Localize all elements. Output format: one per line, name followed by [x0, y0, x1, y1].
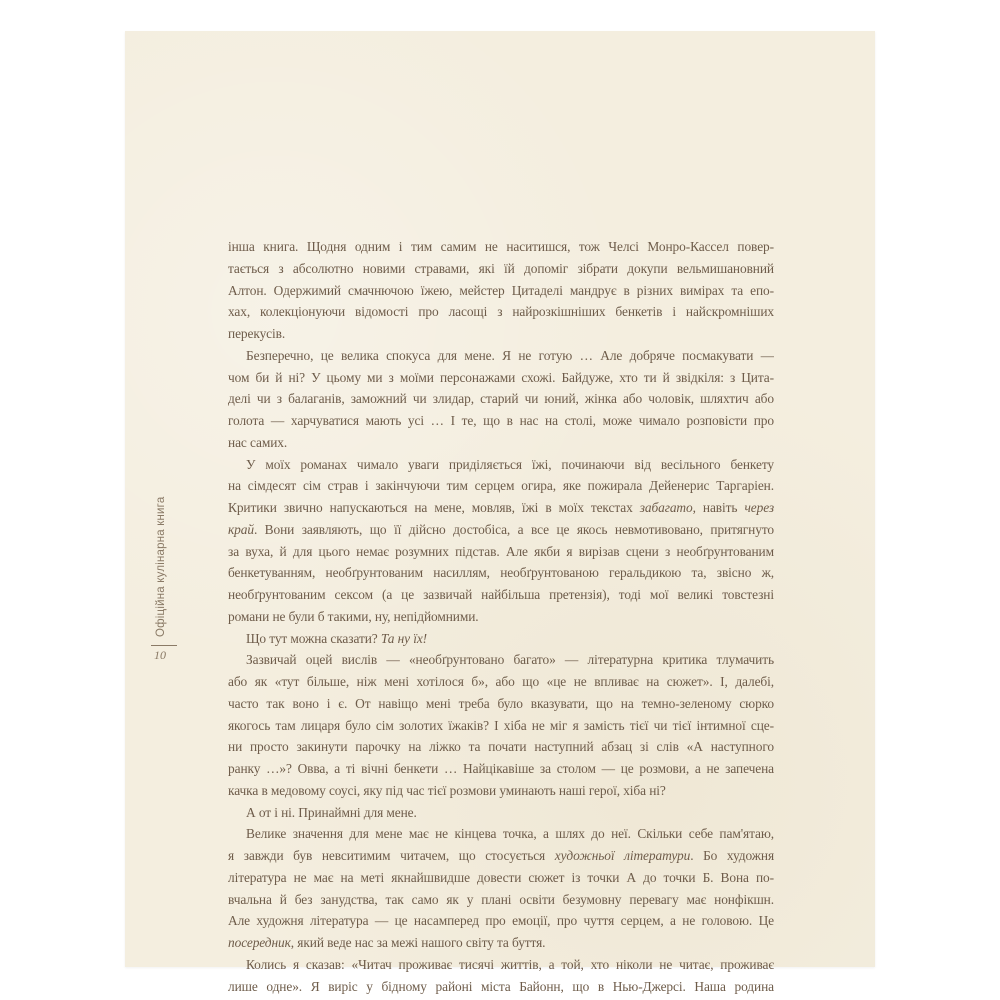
text-run: тається з абсолютно новими стравами, які… — [228, 261, 774, 276]
text-line: за вуха, й для цього немає розумних підс… — [228, 541, 774, 563]
text-run: інша книга. Щодня одним і тим самим не н… — [228, 239, 774, 254]
text-run: Але художня література — це насамперед п… — [228, 913, 774, 928]
body-text: інша книга. Щодня одним і тим самим не н… — [228, 236, 774, 997]
text-line: хах, колекціонуючи відомості про ласощі … — [228, 301, 774, 323]
text-run: вчальна й без занудства, так само як у п… — [228, 892, 774, 907]
text-run: бенкетуванням, необґрунтованим насиллям,… — [228, 565, 774, 580]
text-line: якогось там лицаря було сім золотих їжак… — [228, 715, 774, 737]
text-line: лише одне». Я виріс у бідному районі міс… — [228, 976, 774, 998]
text-line: У моїх романах чимало уваги приділяється… — [228, 454, 774, 476]
text-run: Велике значення для мене має не кінцева … — [246, 826, 774, 841]
text-line: ранку …»? Овва, а ті вічні бенкети … Най… — [228, 758, 774, 780]
text-line: необґрунтованим сексом (а це зазвичай на… — [228, 584, 774, 606]
text-line: тається з абсолютно новими стравами, які… — [228, 258, 774, 280]
text-line: бенкетуванням, необґрунтованим насиллям,… — [228, 562, 774, 584]
text-run: за вуха, й для цього немає розумних підс… — [228, 544, 774, 559]
text-run: ранку …»? Овва, а ті вічні бенкети … Най… — [228, 761, 774, 776]
text-run: Безперечно, це велика спокуса для мене. … — [246, 348, 774, 363]
text-run: Колись я сказав: «Читач проживає тисячі … — [246, 957, 774, 972]
italic-text: край — [228, 522, 254, 537]
paragraph: Колись я сказав: «Читач проживає тисячі … — [228, 954, 774, 998]
text-line: романи не були б такими, ну, непідйомним… — [228, 606, 774, 628]
text-run: делі чи з балаганів, заможний чи злидар,… — [228, 391, 774, 406]
text-run: на сімдесят сім страв і закінчуючи тим с… — [228, 478, 774, 493]
page-number: 10 — [154, 648, 166, 663]
text-run: хах, колекціонуючи відомості про ласощі … — [228, 304, 774, 319]
text-line: Алтон. Одержимий смачнючою їжею, мейстер… — [228, 280, 774, 302]
paragraph: Зазвичай оцей вислів — «необґрунтовано б… — [228, 649, 774, 801]
italic-text: забагато — [640, 500, 693, 515]
text-run: . Вони заявляють, що її дійсно достобіса… — [254, 522, 774, 537]
text-line: Безперечно, це велика спокуса для мене. … — [228, 345, 774, 367]
text-line: або як «тут більше, ніж мені хотілося б»… — [228, 671, 774, 693]
text-run: Критики звично напускаються на мене, мов… — [228, 500, 640, 515]
text-run: А от і ні. Принаймні для мене. — [246, 805, 417, 820]
text-run: література не має на меті якнайшвидше до… — [228, 870, 774, 885]
text-run: Зазвичай оцей вислів — «необґрунтовано б… — [246, 652, 774, 667]
text-run: голота — харчуватися мають усі … І те, щ… — [228, 413, 774, 428]
book-page: Офіційна кулінарна книга 10 інша книга. … — [125, 31, 875, 967]
text-run: чом би й ні? У цьому ми з моїми персонаж… — [228, 370, 774, 385]
text-line: Але художня література — це насамперед п… — [228, 910, 774, 932]
paragraph: Безперечно, це велика спокуса для мене. … — [228, 345, 774, 454]
text-line: А от і ні. Принаймні для мене. — [228, 802, 774, 824]
text-line: голота — харчуватися мають усі … І те, щ… — [228, 410, 774, 432]
text-line: делі чи з балаганів, заможний чи злидар,… — [228, 388, 774, 410]
text-run: перекусів. — [228, 326, 285, 341]
text-run: . Бо художня — [690, 848, 774, 863]
text-line: Велике значення для мене має не кінцева … — [228, 823, 774, 845]
text-run: або як «тут більше, ніж мені хотілося б»… — [228, 674, 774, 689]
page-margin-header: Офіційна кулінарна книга 10 — [143, 477, 183, 677]
text-line: качка в медовому соусі, яку під час тієї… — [228, 780, 774, 802]
divider — [151, 645, 177, 646]
running-title: Офіційна кулінарна книга — [155, 497, 167, 637]
text-run: я завжди був невситимим читачем, що стос… — [228, 848, 555, 863]
paragraph: Що тут можна сказати? Та ну їх! — [228, 628, 774, 650]
text-run: романи не були б такими, ну, непідйомним… — [228, 609, 479, 624]
text-run: лише одне». Я виріс у бідному районі міс… — [228, 979, 774, 994]
text-line: Що тут можна сказати? Та ну їх! — [228, 628, 774, 650]
paragraph: інша книга. Щодня одним і тим самим не н… — [228, 236, 774, 345]
text-run: часто так воно і є. От навіщо мені треба… — [228, 696, 774, 711]
italic-text: художньої літератури — [555, 848, 690, 863]
text-line: Колись я сказав: «Читач проживає тисячі … — [228, 954, 774, 976]
text-run: Алтон. Одержимий смачнючою їжею, мейстер… — [228, 283, 774, 298]
text-run: У моїх романах чимало уваги приділяється… — [246, 457, 774, 472]
text-line: вчальна й без занудства, так само як у п… — [228, 889, 774, 911]
paragraph: Велике значення для мене має не кінцева … — [228, 823, 774, 954]
text-line: чом би й ні? У цьому ми з моїми персонаж… — [228, 367, 774, 389]
text-run: Що тут можна сказати? — [246, 631, 381, 646]
text-run: нас самих. — [228, 435, 287, 450]
text-line: література не має на меті якнайшвидше до… — [228, 867, 774, 889]
text-line: край. Вони заявляють, що її дійсно досто… — [228, 519, 774, 541]
paragraph: А от і ні. Принаймні для мене. — [228, 802, 774, 824]
italic-text: посередник — [228, 935, 291, 950]
text-line: перекусів. — [228, 323, 774, 345]
italic-text: через — [744, 500, 774, 515]
text-line: Критики звично напускаються на мене, мов… — [228, 497, 774, 519]
paragraph: У моїх романах чимало уваги приділяється… — [228, 454, 774, 628]
text-line: ни просто закинути парочку на ліжко та п… — [228, 736, 774, 758]
text-line: часто так воно і є. От навіщо мені треба… — [228, 693, 774, 715]
text-run: необґрунтованим сексом (а це зазвичай на… — [228, 587, 774, 602]
text-run: , навіть — [693, 500, 745, 515]
text-line: Зазвичай оцей вислів — «необґрунтовано б… — [228, 649, 774, 671]
text-run: якогось там лицаря було сім золотих їжак… — [228, 718, 774, 733]
text-line: нас самих. — [228, 432, 774, 454]
text-line: інша книга. Щодня одним і тим самим не н… — [228, 236, 774, 258]
text-line: на сімдесят сім страв і закінчуючи тим с… — [228, 475, 774, 497]
text-line: посередник, який веде нас за межі нашого… — [228, 932, 774, 954]
text-run: , який веде нас за межі нашого світу та … — [291, 935, 546, 950]
text-run: качка в медовому соусі, яку під час тієї… — [228, 783, 666, 798]
text-line: я завжди був невситимим читачем, що стос… — [228, 845, 774, 867]
text-run: ни просто закинути парочку на ліжко та п… — [228, 739, 774, 754]
italic-text: Та ну їх! — [381, 631, 427, 646]
